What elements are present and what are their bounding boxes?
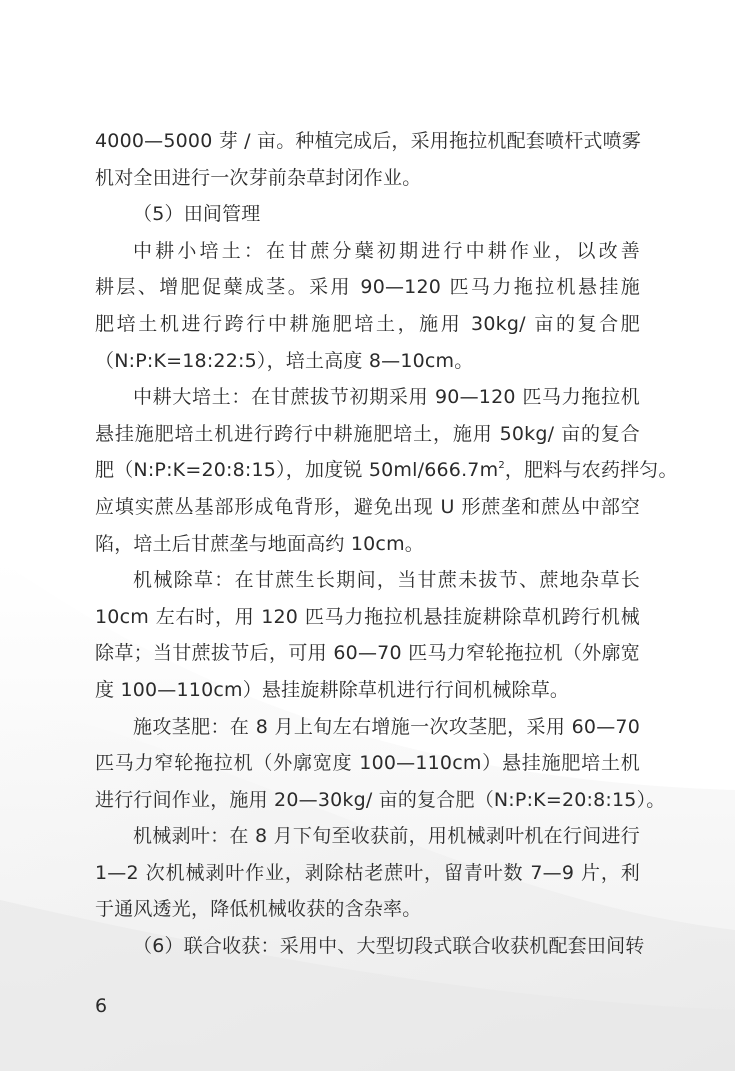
paragraph-start-leaf-stripping: 机械剥叶：在 8 月下旬至收获前，用机械剥叶机在行间进行 (95, 818, 640, 855)
text-line: 耕层、增肥促蘖成茎。采用 90—120 匹马力拖拉机悬挂施 (95, 269, 640, 306)
text-line: 除草；当甘蔗拔节后，可用 60—70 匹马力窄轮拖拉机（外廓宽 (95, 635, 640, 672)
paragraph-start-stem-fertilizer: 施攻茎肥：在 8 月上旬左右增施一次攻茎肥，采用 60—70 (95, 709, 640, 746)
text-line: 机对全田进行一次芽前杂草封闭作业。 (95, 160, 640, 197)
text-segment: ，肥料与农药拌匀。 (505, 459, 678, 481)
text-line: 应填实蔗丛基部形成龟背形，避免出现 U 形蔗垄和蔗丛中部空 (95, 489, 640, 526)
paragraph-start-light-earthing: 中耕小培土：在甘蔗分蘖初期进行中耕作业，以改善 (95, 233, 640, 270)
text-line: 肥培土机进行跨行中耕施肥培土，施用 30kg/ 亩的复合肥 (95, 306, 640, 343)
page-number: 6 (95, 993, 107, 1019)
text-line: （N:P:K=18:22:5），培土高度 8—10cm。 (95, 343, 640, 380)
document-body: 4000—5000 芽 / 亩。种植完成后，采用拖拉机配套喷杆式喷雾 机对全田进… (95, 123, 640, 965)
text-line-with-superscript: 肥（N:P:K=20:8:15），加度锐 50ml/666.7m2，肥料与农药拌… (95, 452, 640, 489)
text-line: 4000—5000 芽 / 亩。种植完成后，采用拖拉机配套喷杆式喷雾 (95, 123, 640, 160)
text-line: 陷，培土后甘蔗垄与地面高约 10cm。 (95, 526, 640, 563)
text-line: 于通风透光，降低机械收获的含杂率。 (95, 891, 640, 928)
text-segment: 肥（N:P:K=20:8:15），加度锐 50ml/666.7m (95, 459, 498, 481)
text-line: 悬挂施肥培土机进行跨行中耕施肥培土，施用 50kg/ 亩的复合 (95, 416, 640, 453)
text-line: 匹马力窄轮拖拉机（外廓宽度 100—110cm）悬挂施肥培土机 (95, 745, 640, 782)
text-line: 10cm 左右时，用 120 匹马力拖拉机悬挂旋耕除草机跨行机械 (95, 599, 640, 636)
text-line: 1—2 次机械剥叶作业，剥除枯老蔗叶，留青叶数 7—9 片，利 (95, 855, 640, 892)
paragraph-start-mechanical-weeding: 机械除草：在甘蔗生长期间，当甘蔗未拔节、蔗地杂草长 (95, 562, 640, 599)
section-heading-field-management: （5）田间管理 (95, 196, 640, 233)
paragraph-start-heavy-earthing: 中耕大培土：在甘蔗拔节初期采用 90—120 匹马力拖拉机 (95, 379, 640, 416)
text-line: 进行行间作业，施用 20—30kg/ 亩的复合肥（N:P:K=20:8:15）。 (95, 782, 640, 819)
paragraph-start-combined-harvest: （6）联合收获：采用中、大型切段式联合收获机配套田间转 (95, 928, 640, 965)
text-line: 度 100—110cm）悬挂旋耕除草机进行行间机械除草。 (95, 672, 640, 709)
